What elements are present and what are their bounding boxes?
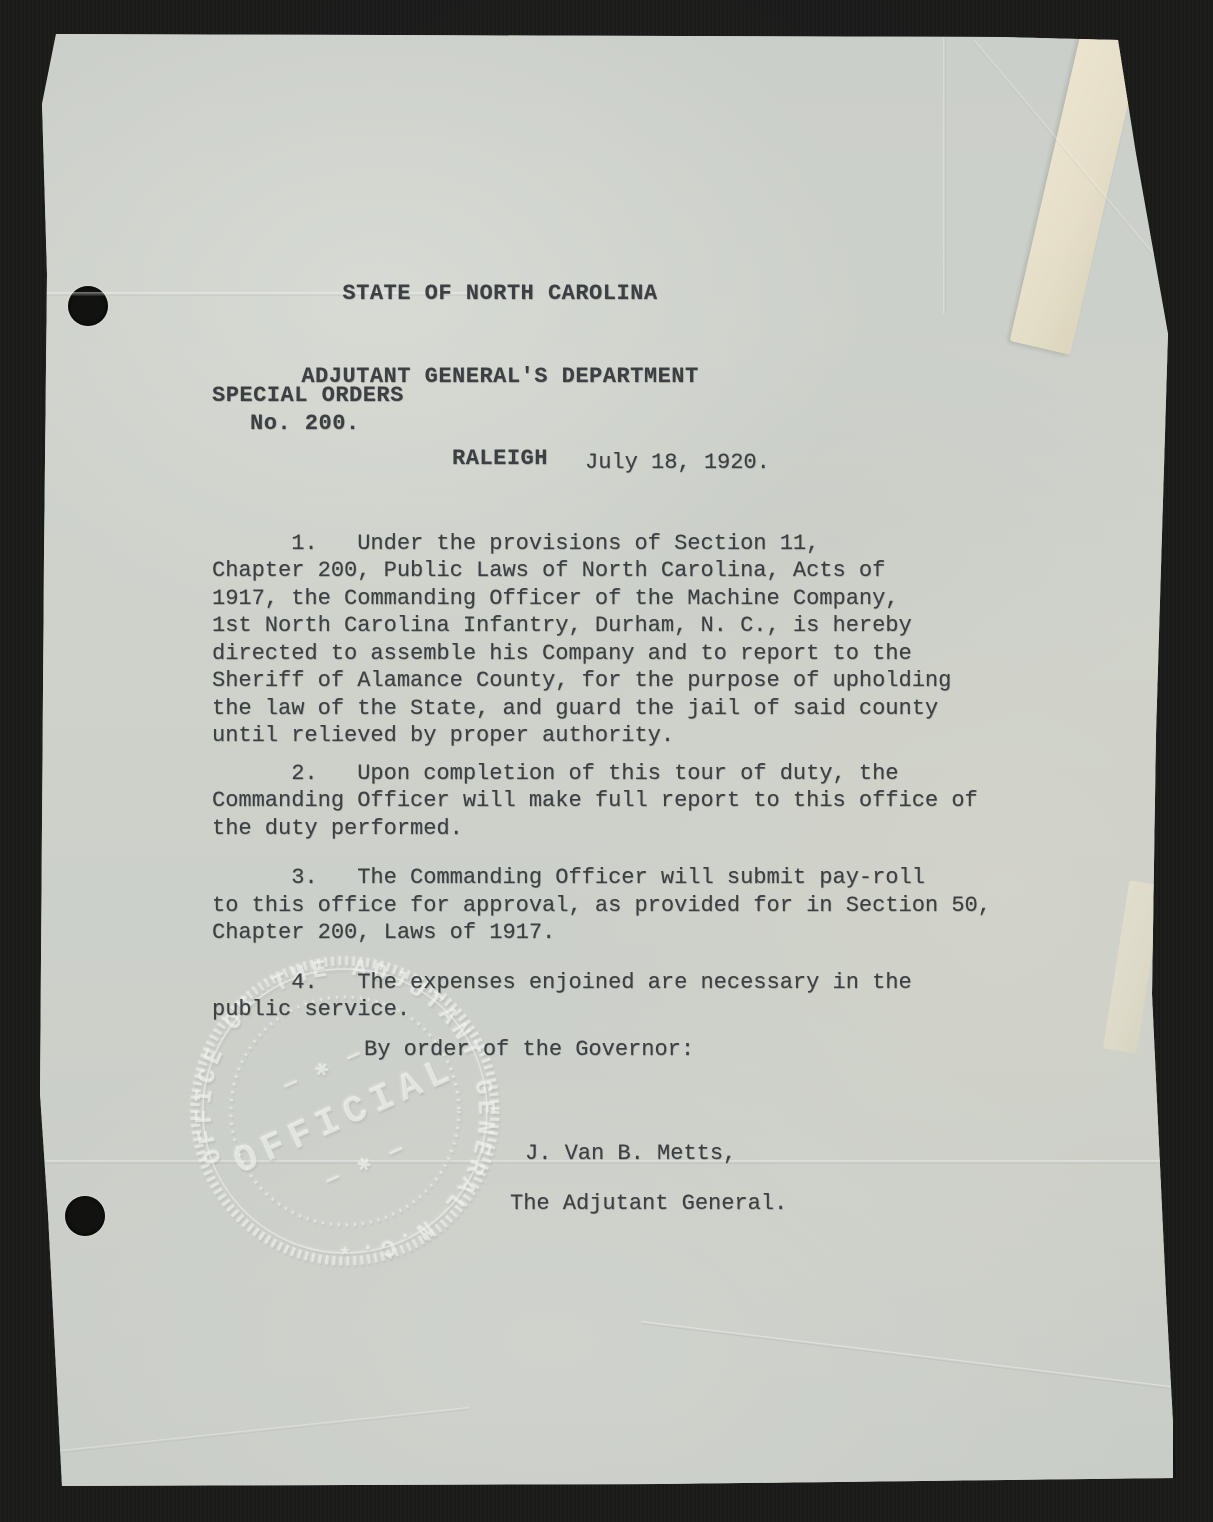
paragraph-4: 4. The expenses enjoined are necessary i…: [212, 969, 1072, 1024]
document-page: OFFICE OF THE ADJUTANT GENERAL N.C. ★ — …: [40, 34, 1173, 1486]
paragraph-2: 2. Upon completion of this tour of duty,…: [212, 760, 1072, 843]
signature-name: J. Van B. Metts,: [525, 1140, 1072, 1168]
order-number: No. 200.: [250, 410, 1072, 438]
paragraph-1: 1. Under the provisions of Section 11, C…: [212, 530, 1072, 750]
typed-text-layer: STATE OF NORTH CAROLINA ADJUTANT GENERAL…: [40, 34, 1173, 1486]
date-line: July 18, 1920.: [585, 449, 1072, 477]
signature-title: The Adjutant General.: [510, 1190, 1072, 1218]
paragraph-3: 3. The Commanding Officer will submit pa…: [212, 864, 1072, 947]
letterhead-line-1: STATE OF NORTH CAROLINA: [180, 280, 820, 308]
closing-line: By order of the Governor:: [364, 1036, 1072, 1064]
special-orders-label: SPECIAL ORDERS: [212, 382, 1072, 410]
scan-background: { "document": { "header": { "line1": "ST…: [0, 0, 1213, 1522]
document-body: SPECIAL ORDERS No. 200. July 18, 1920. 1…: [212, 382, 1072, 1217]
